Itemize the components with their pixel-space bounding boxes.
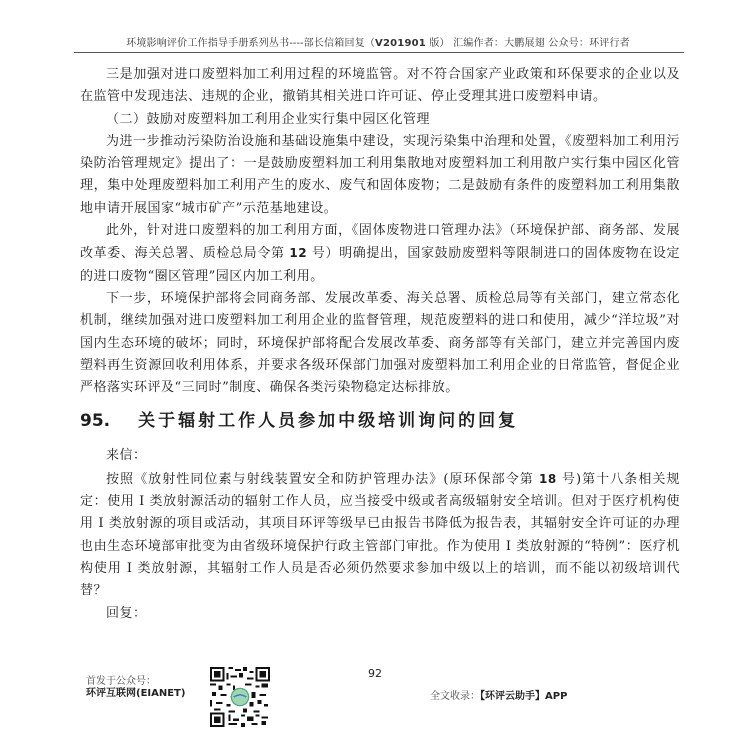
paragraph: 此外，针对进口废塑料的加工利用方面，《固体废物进口管理办法》（环境保护部、商务部… xyxy=(80,220,680,288)
footer-publisher-name: 环评互联网(EIANET) xyxy=(86,688,185,700)
letter-label: 来信： xyxy=(80,445,680,467)
paragraph: 三是加强对进口废塑料加工利用过程的环境监管。对不符合国家产业政策和环保要求的企业… xyxy=(80,64,680,109)
section-title: 关于辐射工作人员参加中级培训询问的回复 xyxy=(138,411,518,431)
footer-publisher-label: 首发于公众号： xyxy=(86,676,185,688)
footer-publisher: 首发于公众号： 环评互联网(EIANET) xyxy=(86,676,185,700)
qr-code-icon xyxy=(210,667,270,727)
document-body: 三是加强对进口废塑料加工利用过程的环境监管。对不符合国家产业政策和环保要求的企业… xyxy=(80,64,680,625)
footer-credit-label: 全文收录： xyxy=(430,691,480,702)
header-divider xyxy=(74,52,684,53)
section-number: 95. xyxy=(80,411,110,431)
running-header: 环境影响评价工作指导手册系列丛书----部长信箱回复（V201901 版） 汇编… xyxy=(78,34,678,49)
paragraph: 下一步，环境保护部将会同商务部、发展改革委、海关总署、质检总局等有关部门，建立常… xyxy=(80,288,680,399)
footer-app-suffix: APP xyxy=(545,691,567,702)
page-number: 92 xyxy=(368,667,382,680)
header-suffix: 版） 汇编作者：大鹏展翅 公众号：环评行者 xyxy=(426,38,630,49)
header-version: V201901 xyxy=(375,38,426,49)
reply-label: 回复： xyxy=(80,603,680,625)
paragraph: 为进一步推动污染防治设施和基础设施集中建设，实现污染集中治理和处置，《废塑料加工… xyxy=(80,131,680,220)
subheading: （二）鼓励对废塑料加工利用企业实行集中园区化管理 xyxy=(80,109,680,131)
section-heading: 95.关于辐射工作人员参加中级培训询问的回复 xyxy=(80,409,680,433)
letter-body: 按照《放射性同位素与射线装置安全和防护管理办法》(原环保部令第 18 号)第十八… xyxy=(80,468,680,603)
header-prefix: 环境影响评价工作指导手册系列丛书----部长信箱回复（ xyxy=(126,38,375,49)
footer-app-credit: 全文收录：【环评云助手】APP xyxy=(430,687,567,702)
footer-app-name: 【环评云助手】 xyxy=(480,691,545,702)
